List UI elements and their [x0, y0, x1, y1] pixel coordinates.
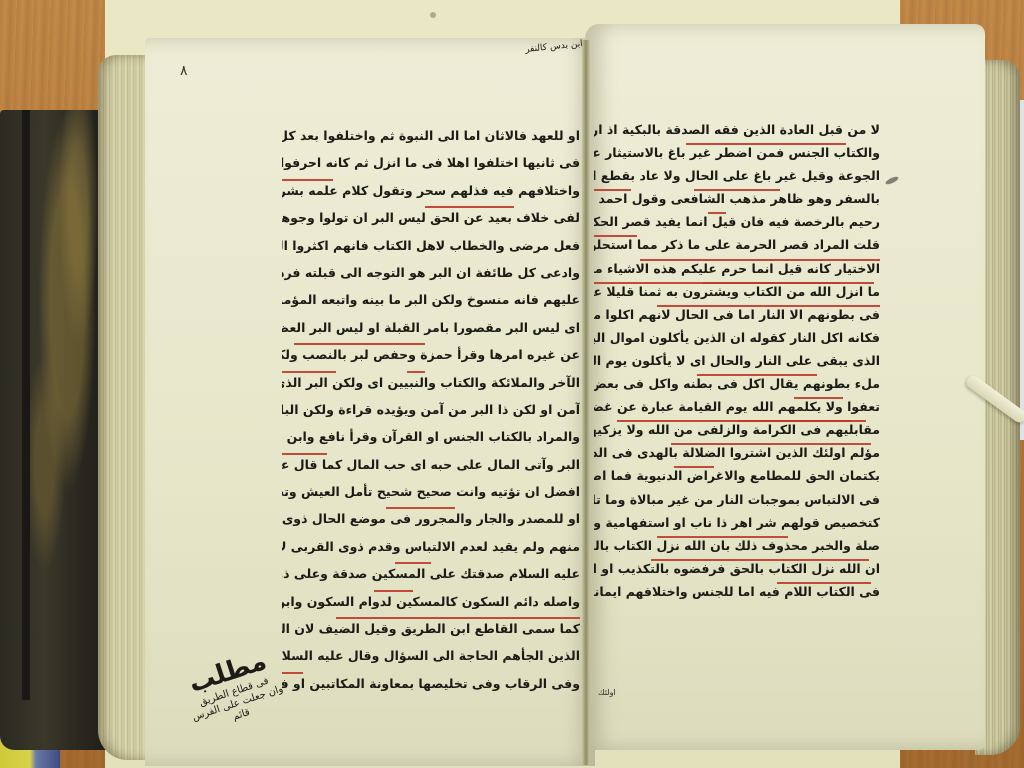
text-line: ان الله نزل الكتاب بالحق فرفضوه بالتكذيب…: [594, 557, 880, 580]
text-line: ما انزل الله من الكتاب ويشترون به ثمنا ق…: [594, 280, 880, 303]
text-line: الاختيار كانه قيل انما حرم عليكم هذه الا…: [594, 257, 880, 280]
red-rubric-overline: [651, 559, 868, 561]
text-line: فكانه اكل النار كقوله ان الذين يأكلون ام…: [594, 326, 880, 349]
red-rubric-overline: [374, 590, 413, 592]
red-rubric-overline: [694, 189, 780, 191]
red-rubric-overline: [686, 143, 715, 145]
text-line: عن غيره امرها وقرأ حمزة وحفص لبر بالنصب …: [282, 341, 580, 368]
right-page-footer-mark: اولئك: [598, 688, 616, 697]
red-rubric-overline: [386, 507, 455, 509]
text-line: منهم ولم يقيد لعدم الالتباس وقدم ذوى الق…: [282, 533, 580, 560]
text-line: تعفوا ولا يكلمهم الله يوم القيامة عبارة …: [594, 395, 880, 418]
text-line: والكتاب الجنس فمن اضطر غير باغ بالاستيثا…: [594, 141, 880, 164]
text-line: او للعهد فالاثان اما الى النبوة ثم واختل…: [282, 122, 580, 149]
text-line: واصله دائم السكون كالمسكين لدوام السكون …: [282, 588, 580, 615]
red-rubric-overline: [657, 536, 789, 538]
text-line: عليه السلام صدقتك على المسكين صدقة وعلى …: [282, 560, 580, 587]
text-line: الجوعة وقيل غير باغ على الحال ولا عاد بق…: [594, 164, 880, 187]
text-line: والمراد بالكتاب الجنس او القرآن وقرأ ناف…: [282, 423, 580, 450]
text-line: بكتمان الحق للمطامع والاغراض الدنيوية فم…: [594, 464, 880, 487]
red-rubric-overline: [594, 189, 631, 191]
text-line: وادعى كل طائفة ان البر هو التوجه الى قبل…: [282, 259, 580, 286]
text-line: كتخصيص قولهم شر اهر ذا ناب او استفهامية …: [594, 511, 880, 534]
red-rubric-overline: [594, 235, 637, 237]
red-rubric-overline: [282, 371, 336, 373]
text-line: وفى الرقاب وفى تخليصها بمعاونة المكاتبين…: [282, 670, 580, 697]
text-line: مقابليهم فى الكرامة والزلفى من الله ولا …: [594, 418, 880, 441]
red-rubric-overline: [703, 282, 840, 284]
red-rubric-overline: [697, 374, 817, 376]
text-line: كما سمى القاطع ابن الطريق وقيل الضيف لان…: [282, 615, 580, 642]
red-rubric-overline: [674, 466, 714, 468]
text-line: او للمصدر والجار والمجرور فى موضع الحال …: [282, 505, 580, 532]
text-line: آمن او لكن ذا البر من آمن ويؤيده قراءة و…: [282, 396, 580, 423]
text-line: قلت المراد قصر الحرمة على ما ذكر مما است…: [594, 233, 880, 256]
text-line: فى الكتاب اللام فيه اما للجنس واختلافهم …: [594, 580, 880, 603]
red-rubric-overline: [714, 143, 846, 145]
red-rubric-overline: [671, 443, 871, 445]
red-rubric-overline: [708, 212, 725, 214]
text-line: فى الالتباس بموجبات النار من غير مبالاة …: [594, 488, 880, 511]
red-rubric-overline: [737, 420, 866, 422]
right-page-text-block: لا من قبل العادة الذين فقه الصدقة بالبكي…: [594, 118, 880, 626]
red-rubric-overline: [282, 453, 327, 455]
red-rubric-overline: [640, 259, 880, 261]
text-line: الآخر والملائكة والكتاب والنبيين اى ولكن…: [282, 369, 580, 396]
text-line: صلة والخبر محذوف ذلك بان الله نزل الكتاب…: [594, 534, 880, 557]
book-gutter: [582, 40, 590, 765]
text-line: رحيم بالرخصة فيه فان قيل انما يفيد قصر ا…: [594, 210, 880, 233]
text-line: فعل مرضى والخطاب لاهل الكتاب فانهم اكثرو…: [282, 232, 580, 259]
text-line: البر وآتى المال على حبه اى حب المال كما …: [282, 451, 580, 478]
text-line: عليهم فانه منسوخ ولكن البر ما بينه واتبع…: [282, 286, 580, 313]
text-line: لا من قبل العادة الذين فقه الصدقة بالبكي…: [594, 118, 880, 141]
red-rubric-overline: [425, 206, 514, 208]
text-line: [594, 603, 880, 626]
red-rubric-overline: [336, 617, 580, 619]
left-page-text-block: او للعهد فالاثان اما الى النبوة ثم واختل…: [282, 122, 580, 697]
red-rubric-overline: [282, 179, 333, 181]
text-line: الذى يبقى على النار والحال اى لا يأكلون …: [594, 349, 880, 372]
red-rubric-overline: [294, 343, 425, 345]
text-line: واختلافهم فيه فذلهم سحر وتقول كلام علمه …: [282, 177, 580, 204]
cover-spine-crease: [22, 110, 30, 700]
text-line: افضل ان تؤتيه وانت صحيح شحيح تأمل العيش …: [282, 478, 580, 505]
red-rubric-overline: [657, 305, 880, 307]
text-line: الذين الجأهم الحاجة الى السؤال وقال عليه…: [282, 642, 580, 669]
text-line: ملء بطونهم يقال اكل فى بطنه واكل فى بعض …: [594, 372, 880, 395]
red-rubric-overline: [777, 582, 871, 584]
text-line: فى بطونهم الا النار اما فى الحال لانهم ا…: [594, 303, 880, 326]
red-rubric-overline: [794, 397, 843, 399]
ink-stain: [430, 12, 436, 18]
folio-number: ٨: [180, 63, 188, 79]
text-line: بالسفر وهو ظاهر مذهب الشافعى وقول احمد ف…: [594, 187, 880, 210]
text-line: فى ثانيها اختلفوا اهلا فى ما انزل ثم كان…: [282, 149, 580, 176]
text-line: لفى خلاف بعيد عن الحق ليس البر ان تولوا …: [282, 204, 580, 231]
red-rubric-overline: [407, 371, 425, 373]
leather-book-cover: [0, 110, 112, 750]
text-line: مؤلم اولئك الذين اشتروا الضلالة بالهدى ف…: [594, 441, 880, 464]
red-rubric-overline: [395, 562, 431, 564]
text-line: اى ليس البر مقصورا بامر القبلة او ليس ال…: [282, 314, 580, 341]
